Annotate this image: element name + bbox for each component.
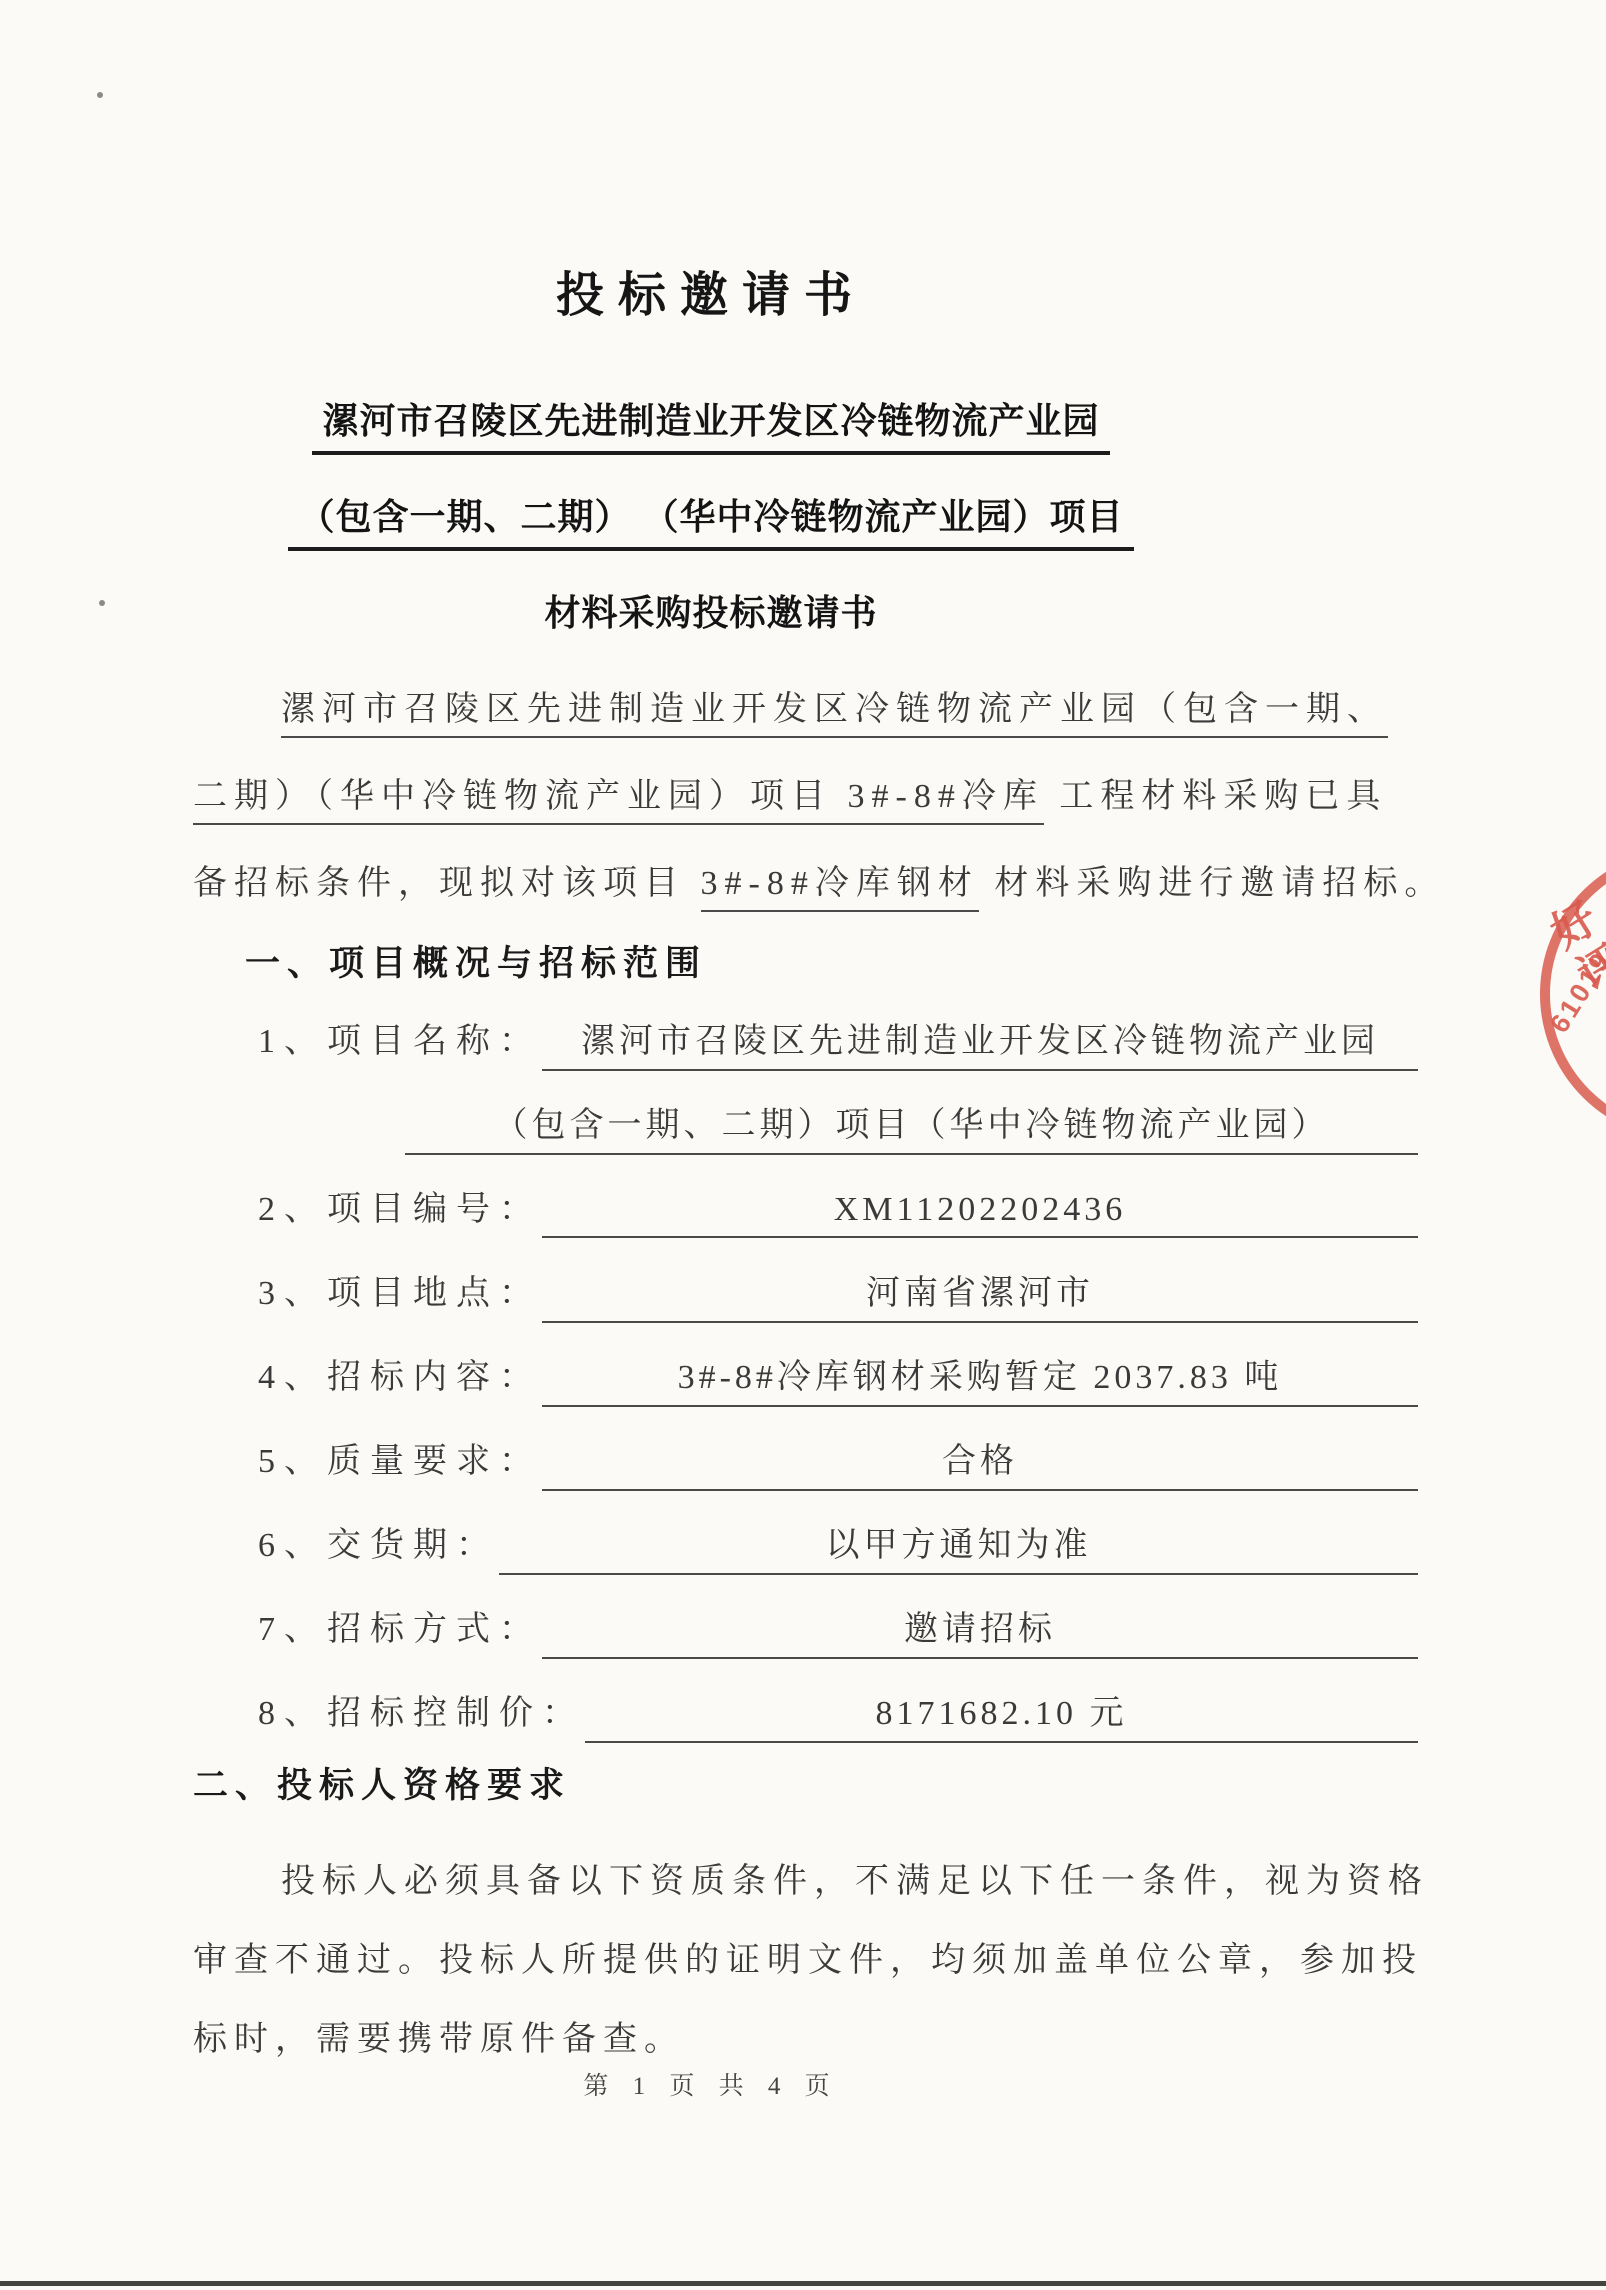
item-tender-content-value: 3#-8#冷库钢材采购暂定 2037.83 吨 [542, 1349, 1418, 1407]
item-project-location-label: 3、项目地点： [258, 1265, 542, 1314]
item-quality-requirement-value: 合格 [542, 1433, 1418, 1491]
intro-line-3-post: 材料采购进行邀请招标。 [979, 865, 1446, 902]
item-delivery-period-label: 6、交货期： [258, 1517, 499, 1566]
subtitle-line-1-text: 漯河市召陵区先进制造业开发区冷链物流产业园 [312, 400, 1109, 455]
scan-bottom-edge [0, 2281, 1606, 2286]
item-tender-control-price-value: 8171682.10 元 [585, 1685, 1418, 1743]
intro-line-3-underlined: 3#-8#冷库钢材 [701, 865, 979, 912]
subtitle-line-1: 漯河市召陵区先进制造业开发区冷链物流产业园 [96, 393, 1326, 444]
item-quality-requirement-label: 5、质量要求： [258, 1433, 542, 1482]
scanned-document-page: 投标邀请书 漯河市召陵区先进制造业开发区冷链物流产业园 （包含一期、二期） （华… [0, 0, 1606, 2290]
intro-line-2: 二期）（华中冷链物流产业园）项目 3#-8#冷库 工程材料采购已具 [193, 768, 1423, 817]
intro-line-1-underlined: 漯河市召陵区先进制造业开发区冷链物流产业园（包含一期、 [281, 691, 1388, 738]
subtitle-line-2: （包含一期、二期） （华中冷链物流产业园）项目 [96, 489, 1326, 540]
item-project-name-value-line2: （包含一期、二期）项目（华中冷链物流产业园） [405, 1097, 1418, 1155]
item-delivery-period: 6、交货期： 以甲方通知为准 [258, 1517, 1418, 1575]
intro-line-3: 备招标条件，现拟对该项目 3#-8#冷库钢材 材料采购进行邀请招标。 [193, 855, 1423, 904]
intro-line-3-pre: 备招标条件，现拟对该项目 [193, 865, 701, 902]
section-2-heading: 二、投标人资格要求 [193, 1758, 571, 1808]
item-project-location-value: 河南省漯河市 [542, 1265, 1418, 1323]
document-title: 投标邀请书 [96, 256, 1326, 325]
item-project-name: 1、项目名称： 漯河市召陵区先进制造业开发区冷链物流产业园 [258, 1013, 1418, 1071]
item-project-number-label: 2、项目编号： [258, 1181, 542, 1230]
item-project-number: 2、项目编号： XM11202202436 [258, 1181, 1418, 1238]
scan-speck [99, 600, 105, 606]
item-quality-requirement: 5、质量要求： 合格 [258, 1433, 1418, 1491]
item-project-number-value: XM11202202436 [542, 1191, 1418, 1238]
intro-line-1: 漯河市召陵区先进制造业开发区冷链物流产业园（包含一期、 [193, 681, 1423, 730]
scan-speck [97, 92, 103, 98]
item-tender-method-value: 邀请招标 [542, 1601, 1418, 1659]
intro-line-2-plain: 工程材料采购已具 [1044, 778, 1388, 815]
subtitle-line-2-text: （包含一期、二期） （华中冷链物流产业园）项目 [288, 496, 1133, 551]
section-1-heading: 一、项目概况与招标范围 [245, 936, 707, 986]
item-project-location: 3、项目地点： 河南省漯河市 [258, 1265, 1418, 1323]
item-tender-method: 7、招标方式： 邀请招标 [258, 1601, 1418, 1659]
item-tender-content: 4、招标内容： 3#-8#冷库钢材采购暂定 2037.83 吨 [258, 1349, 1418, 1407]
page-number-indicator: 第 1 页 共 4 页 [96, 2066, 1326, 2102]
item-tender-method-label: 7、招标方式： [258, 1601, 542, 1650]
item-delivery-period-value: 以甲方通知为准 [499, 1517, 1418, 1575]
item-tender-content-label: 4、招标内容： [258, 1349, 542, 1398]
item-project-name-label: 1、项目名称： [258, 1013, 542, 1062]
qualification-paragraph-line-2: 审查不通过。投标人所提供的证明文件，均须加盖单位公章，参加投 [193, 1932, 1423, 1981]
qualification-paragraph-line-1: 投标人必须具备以下资质条件，不满足以下任一条件，视为资格 [193, 1853, 1423, 1902]
qualification-paragraph-line-3: 标时，需要携带原件备查。 [193, 2011, 1423, 2060]
item-tender-control-price-label: 8、招标控制价： [258, 1685, 585, 1734]
item-project-name-value: 漯河市召陵区先进制造业开发区冷链物流产业园 [542, 1013, 1418, 1071]
subtitle-line-3-text: 材料采购投标邀请书 [544, 592, 877, 633]
item-tender-control-price: 8、招标控制价： 8171682.10 元 [258, 1685, 1418, 1743]
subtitle-line-3: 材料采购投标邀请书 [96, 585, 1326, 636]
intro-line-2-underlined: 二期）（华中冷链物流产业园）项目 3#-8#冷库 [193, 778, 1044, 825]
